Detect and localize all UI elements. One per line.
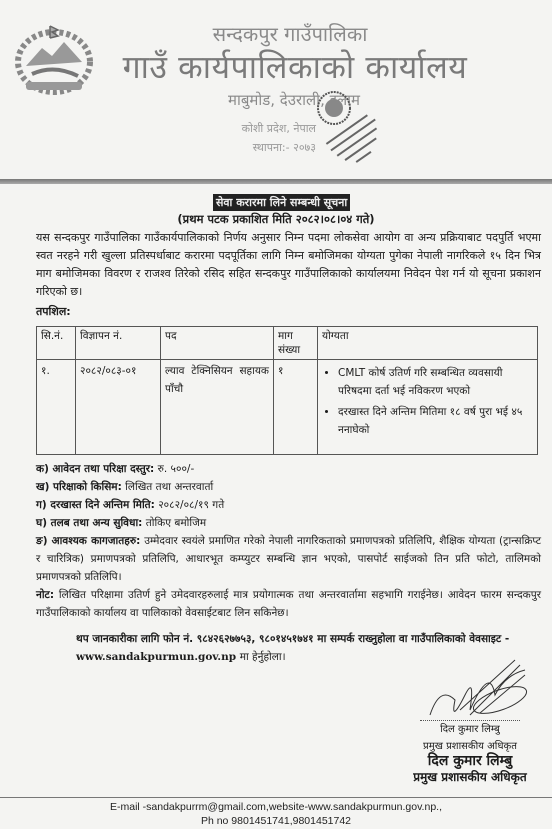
office-stamp-icon [314, 88, 386, 168]
detail-value: तोकिए बमोजिम [146, 517, 206, 529]
contact-suffix: मा हेर्नुहोला। [240, 651, 286, 663]
table-header-row: सि.नं. विज्ञापन नं. पद माग संख्या योग्यत… [37, 327, 538, 360]
municipality-name: सन्दकपुर गाउँपालिका [120, 20, 460, 47]
website-link[interactable]: www.sandakpurmun.gov.np [76, 651, 236, 663]
detail-value: लिखित परिक्षामा उतिर्ण हुने उमेदवारहरुला… [36, 589, 541, 619]
cell-post: ल्याव टेक्निसियन सहायक पाँचौ [161, 360, 274, 455]
notice-title: सेवा करारमा लिने सम्बन्धी सूचना [213, 194, 350, 211]
signatory-role: प्रमुख प्रशासकीय अधिकृत [395, 738, 545, 752]
detail-value: रु. ५००/- [158, 463, 195, 475]
table-row: १. २०८२/०८३-०१ ल्याव टेक्निसियन सहायक पा… [37, 360, 538, 455]
signatory-name: दिल कुमार लिम्बु [410, 721, 530, 735]
detail-exam-type: ख) परिक्षाको किसिम: लिखित तथा अन्तरवार्त… [36, 478, 541, 496]
footer-divider [0, 797, 552, 798]
contact-text: थप जानकारीका लागि फोन नं. ९८४२६२७७५३, ९८… [76, 633, 509, 645]
detail-label: क) आवेदन तथा परिक्षा दस्तुर: [36, 463, 154, 475]
notice-subtitle: (प्रथम पटक प्रकाशित मिति २०८२।०८।०४ गते) [0, 212, 552, 227]
detail-value: लिखित तथा अन्तरवार्ता [125, 481, 213, 493]
seal-role: प्रमुख प्रशासकीय अधिकृत [390, 768, 550, 785]
detail-label: ङ) आवश्यक कागजातहरु: [36, 535, 140, 547]
col-sn: सि.नं. [37, 327, 76, 360]
vacancy-table: सि.नं. विज्ञापन नं. पद माग संख्या योग्यत… [36, 326, 538, 455]
cell-demand: १ [274, 360, 318, 455]
col-qualification: योग्यता [318, 327, 538, 360]
qualification-item: दरखास्त दिने अन्तिम मितिमा १८ वर्ष पुरा … [338, 403, 533, 439]
established-year: स्थापना:- २०७३ [206, 140, 316, 155]
detail-label: नोट: [36, 589, 54, 601]
details-list: क) आवेदन तथा परिक्षा दस्तुर: रु. ५००/- ख… [36, 460, 541, 622]
detail-label: घ) तलब तथा अन्य सुविधा: [36, 517, 142, 529]
header-divider [0, 179, 552, 184]
col-post: पद [161, 327, 274, 360]
detail-documents: ङ) आवश्यक कागजातहरु: उम्मेदवार स्वयंले प… [36, 532, 541, 586]
province: कोशी प्रदेश, नेपाल [206, 121, 316, 136]
cell-qualification: CMLT कोर्ष उतिर्ण गरि सम्बन्धित व्यवसायी… [318, 360, 538, 455]
qualification-list: CMLT कोर्ष उतिर्ण गरि सम्बन्धित व्यवसायी… [322, 364, 533, 439]
col-demand: माग संख्या [274, 327, 318, 360]
cell-sn: १. [37, 360, 76, 455]
col-ad-no: विज्ञापन नं. [76, 327, 161, 360]
detail-value: २०८२/०८/१९ गते [158, 499, 224, 511]
detail-note: नोट: लिखित परिक्षामा उतिर्ण हुने उमेदवार… [36, 586, 541, 622]
office-name: गाउँ कार्यपालिकाको कार्यालय [95, 45, 495, 88]
detail-fee: क) आवेदन तथा परिक्षा दस्तुर: रु. ५००/- [36, 460, 541, 478]
footer-email-website: E-mail -sandakpurrm@gmail.com,website-ww… [0, 801, 552, 813]
detail-label: ख) परिक्षाको किसिम: [36, 481, 122, 493]
footer-phone: Ph no 9801451741,9801451742 [0, 815, 552, 827]
notice-intro: यस सन्दकपुर गाउँपालिका गाउँकार्यपालिकाको… [36, 229, 541, 301]
nepal-emblem-icon [12, 18, 96, 98]
detail-salary: घ) तलब तथा अन्य सुविधा: तोकिए बमोजिम [36, 514, 541, 532]
details-label: तपशिल: [36, 303, 541, 321]
cell-ad-no: २०८२/०८३-०१ [76, 360, 161, 455]
detail-label: ग) दरखास्त दिने अन्तिम मिति: [36, 499, 155, 511]
detail-deadline: ग) दरखास्त दिने अन्तिम मिति: २०८२/०८/१९ … [36, 496, 541, 514]
qualification-item: CMLT कोर्ष उतिर्ण गरि सम्बन्धित व्यवसायी… [338, 364, 533, 400]
